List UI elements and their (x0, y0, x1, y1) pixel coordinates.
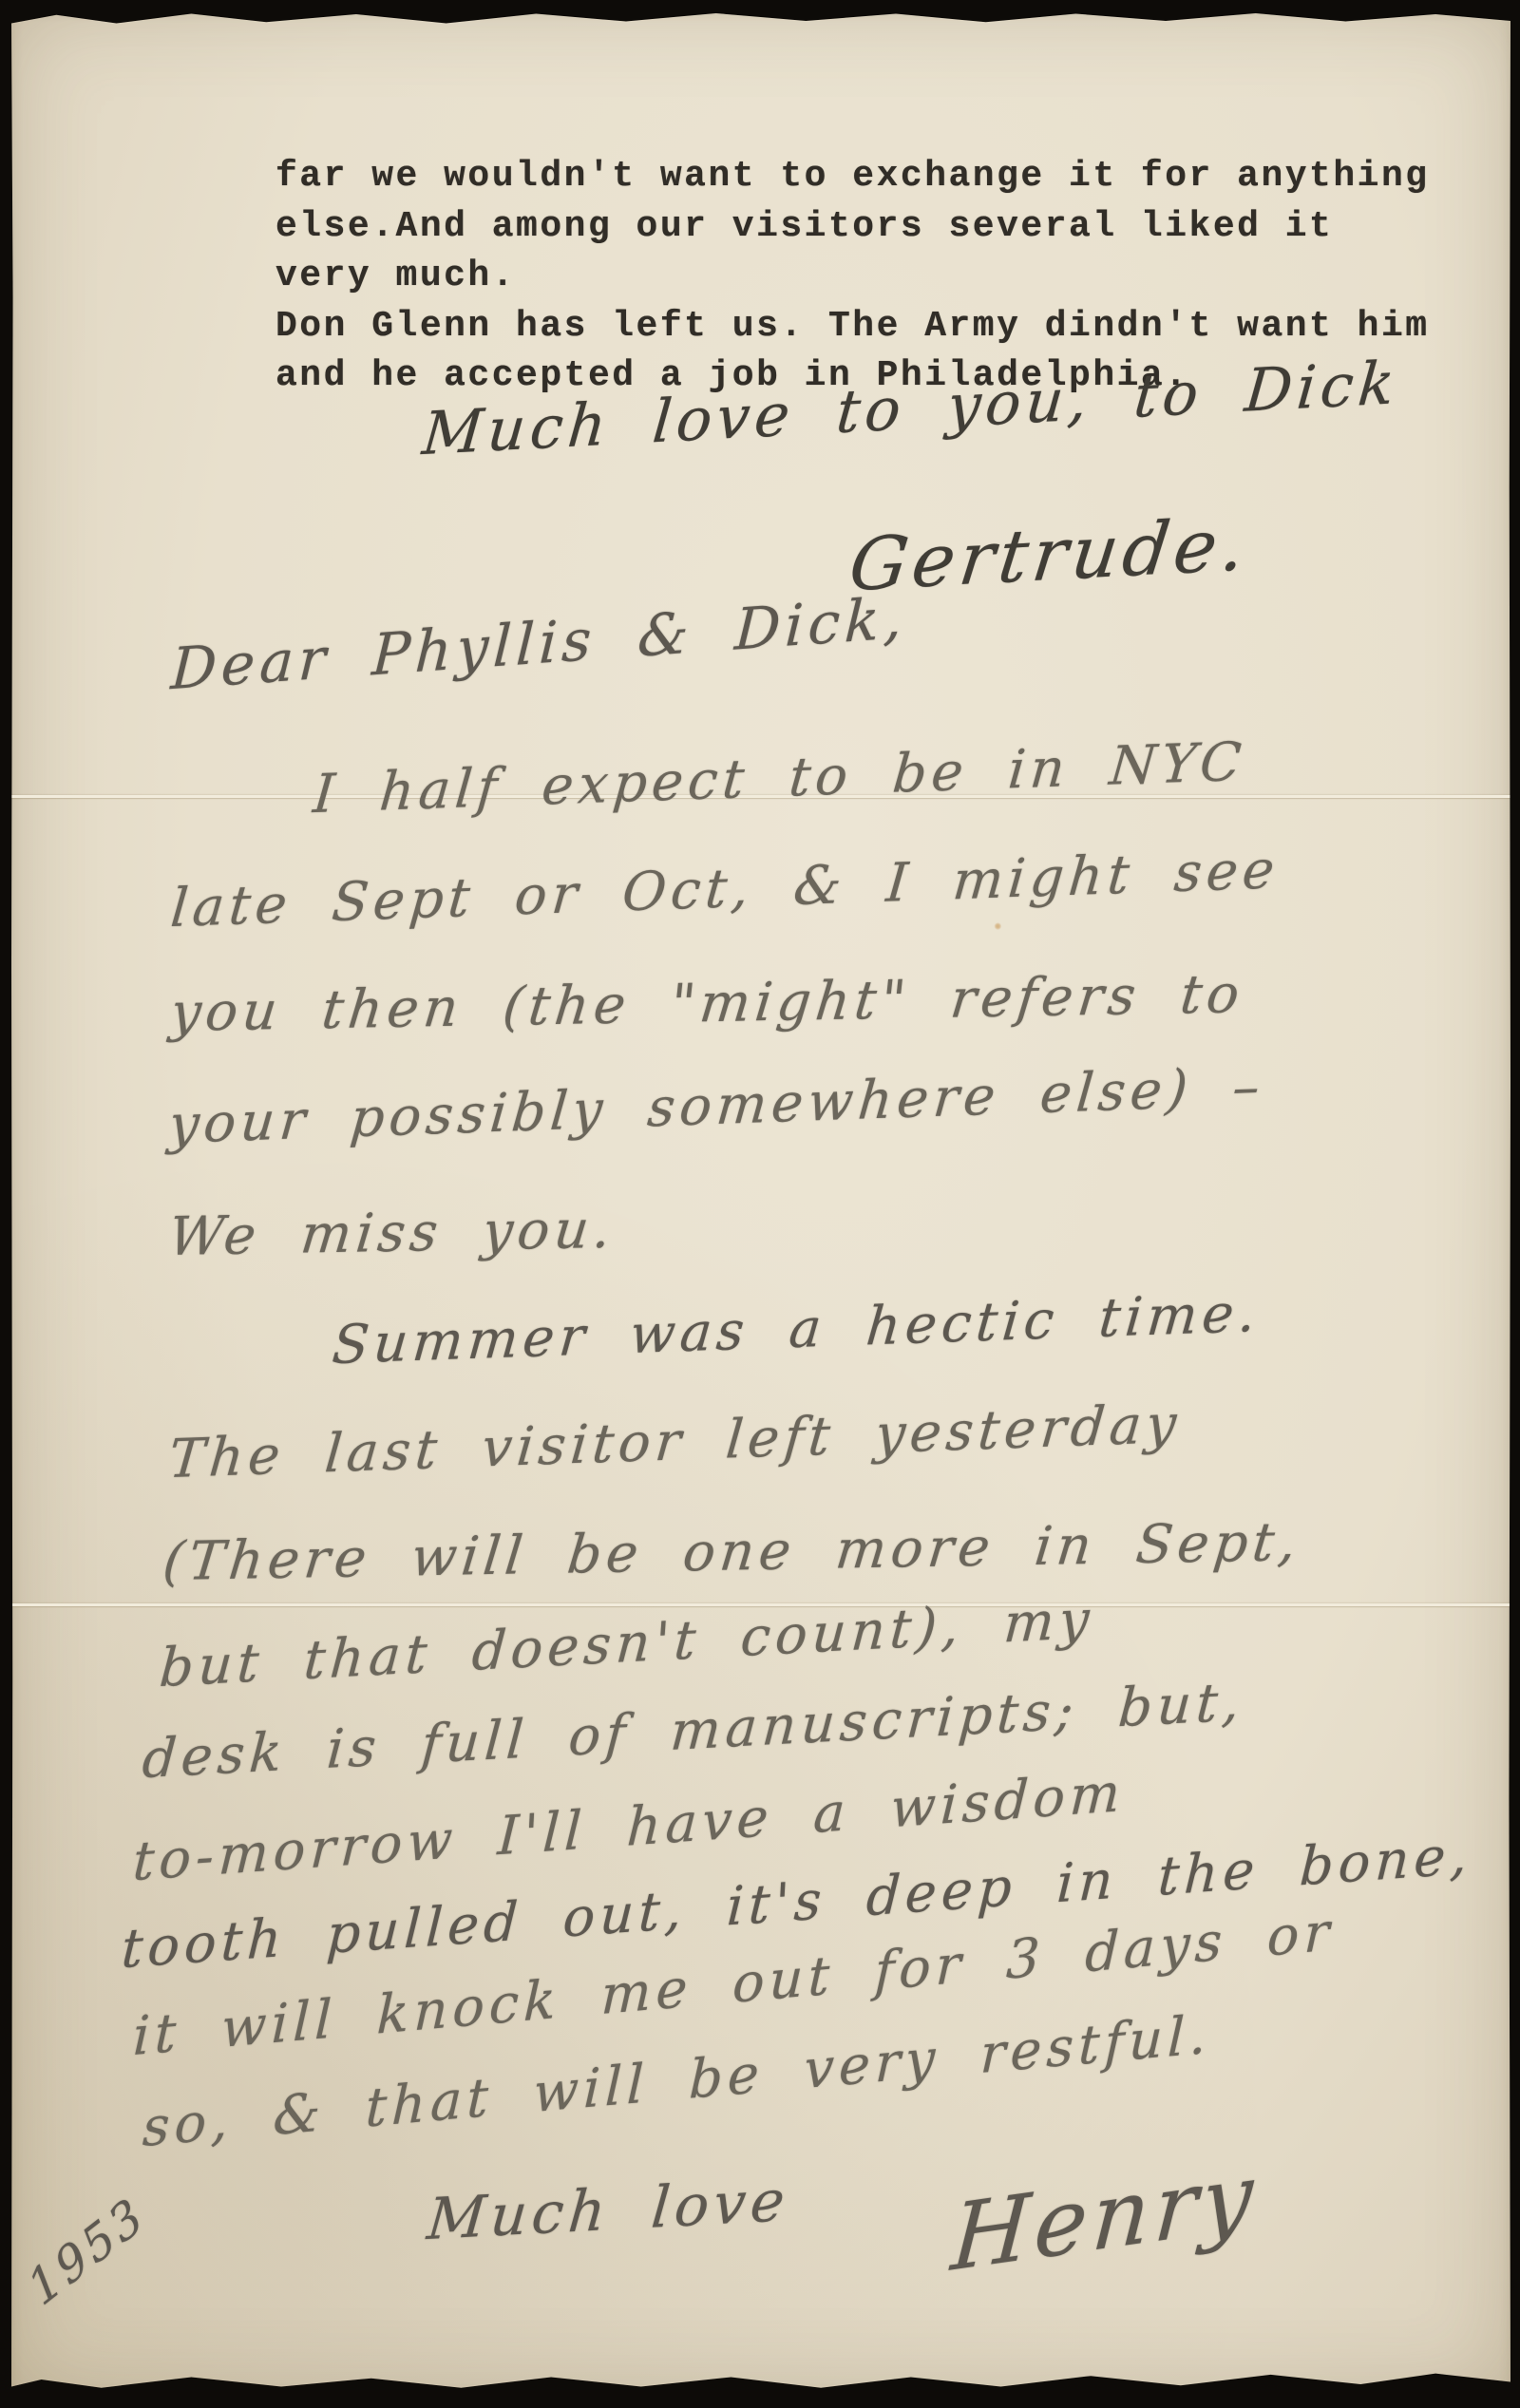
letter-signature: Henry (948, 2143, 1261, 2292)
typewritten-line: Don Glenn has left us. The Army dindn't … (275, 302, 1472, 352)
letter-line: The last visitor left yesterday (166, 1394, 1184, 1490)
typewritten-line: very much. (275, 252, 1472, 302)
letter-line: you then (the "might" refers to (168, 963, 1247, 1044)
letter-line: I half expect to be in NYC (311, 731, 1248, 825)
year-annotation: 1953 (19, 2186, 156, 2317)
letter-closing: Much love (425, 2168, 792, 2253)
letter-line: your possibly somewhere else) – (166, 1056, 1266, 1156)
letter-paper: far we wouldn't want to exchange it for … (11, 11, 1510, 2394)
letter-line: late Sept or Oct, & I might see (168, 839, 1282, 939)
letter-line: Summer was a hectic time. (330, 1282, 1263, 1376)
typewritten-line: far we wouldn't want to exchange it for … (275, 152, 1472, 202)
letter-salutation: Dear Phyllis & Dick, (169, 585, 908, 704)
letter-line: (There will be one more in Sept, (161, 1511, 1304, 1593)
letter-line: We miss you. (166, 1199, 618, 1268)
letter-scan: far we wouldn't want to exchange it for … (0, 0, 1520, 2408)
typewritten-line: else.And among our visitors several like… (275, 202, 1472, 253)
